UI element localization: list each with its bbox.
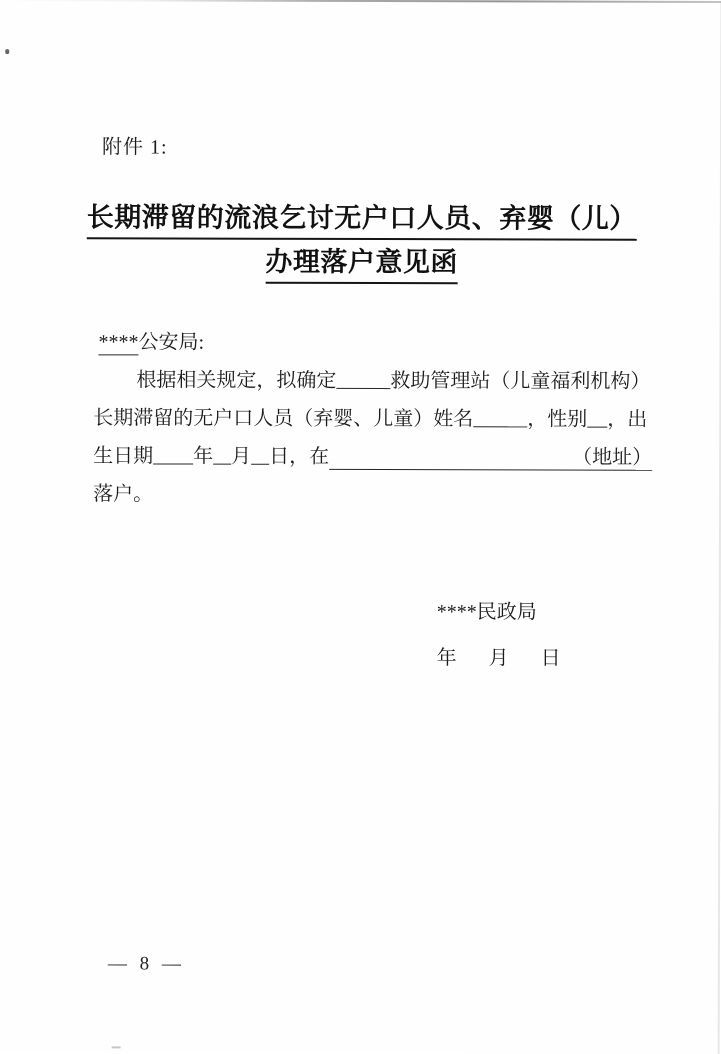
attachment-label: 附件 1: bbox=[102, 130, 168, 159]
line3-text-month: 月 bbox=[231, 446, 251, 468]
address-label: （地址） bbox=[572, 447, 652, 469]
blank-field-address bbox=[329, 463, 572, 464]
blank-field-station-name bbox=[336, 374, 390, 389]
title-line-1: 长期滞留的流浪乞讨无户口人员、弃婴（儿） bbox=[87, 202, 637, 240]
line2-text-b: ，性别 bbox=[527, 408, 587, 430]
scanned-page: 附件 1: 长期滞留的流浪乞讨无户口人员、弃婴（儿） 办理落户意见函 ****公… bbox=[0, 0, 721, 1053]
title-line-2: 办理落户意见函 bbox=[265, 247, 458, 285]
blank-field-name bbox=[473, 412, 527, 427]
line1-text-a: 根据相关规定，拟确定 bbox=[136, 369, 336, 392]
line2-text-c: ，出 bbox=[607, 409, 647, 431]
salutation-stars: **** bbox=[98, 331, 138, 355]
blank-field-year bbox=[153, 449, 193, 464]
line1-text-b: 救助管理站（儿童福利机构） bbox=[390, 370, 650, 393]
line4-text: 落户。 bbox=[93, 483, 153, 505]
body-paragraph: 根据相关规定，拟确定救助管理站（儿童福利机构） 长期滞留的无户口人员（弃婴、儿童… bbox=[93, 365, 659, 518]
scan-edge-right-artifact bbox=[718, 1, 721, 1053]
paragraph-line-2: 长期滞留的无户口人员（弃婴、儿童）姓名，性别，出 bbox=[93, 403, 659, 442]
line3-text-year: 年 bbox=[193, 446, 213, 468]
blank-field-address-group: （地址） bbox=[329, 446, 652, 471]
signature-block: ****民政局 年 月 日 bbox=[437, 595, 567, 670]
line3-text-a: 生日期 bbox=[93, 445, 153, 467]
scan-edge-top-artifact bbox=[1, 0, 721, 3]
scan-smudge-artifact bbox=[112, 1046, 121, 1048]
paragraph-line-4: 落户。 bbox=[93, 479, 659, 518]
blank-field-month bbox=[213, 450, 231, 465]
paragraph-line-1: 根据相关规定，拟确定救助管理站（儿童福利机构） bbox=[93, 365, 659, 404]
signature-date: 年 月 日 bbox=[437, 641, 567, 670]
paragraph-line-3: 生日期年月日，在（地址） bbox=[93, 441, 659, 480]
signature-org: ****民政局 bbox=[437, 595, 567, 624]
line3-text-day: 日，在 bbox=[269, 446, 329, 468]
scan-speck-artifact bbox=[5, 49, 9, 54]
blank-field-day bbox=[251, 450, 269, 465]
blank-field-gender bbox=[587, 413, 607, 428]
document-title: 长期滞留的流浪乞讨无户口人员、弃婴（儿） 办理落户意见函 bbox=[79, 202, 645, 285]
line2-text-a: 长期滞留的无户口人员（弃婴、儿童）姓名 bbox=[93, 407, 473, 430]
salutation-text: 公安局: bbox=[138, 331, 204, 353]
salutation: ****公安局: bbox=[98, 325, 204, 354]
page-number: — 8 — bbox=[108, 953, 185, 975]
